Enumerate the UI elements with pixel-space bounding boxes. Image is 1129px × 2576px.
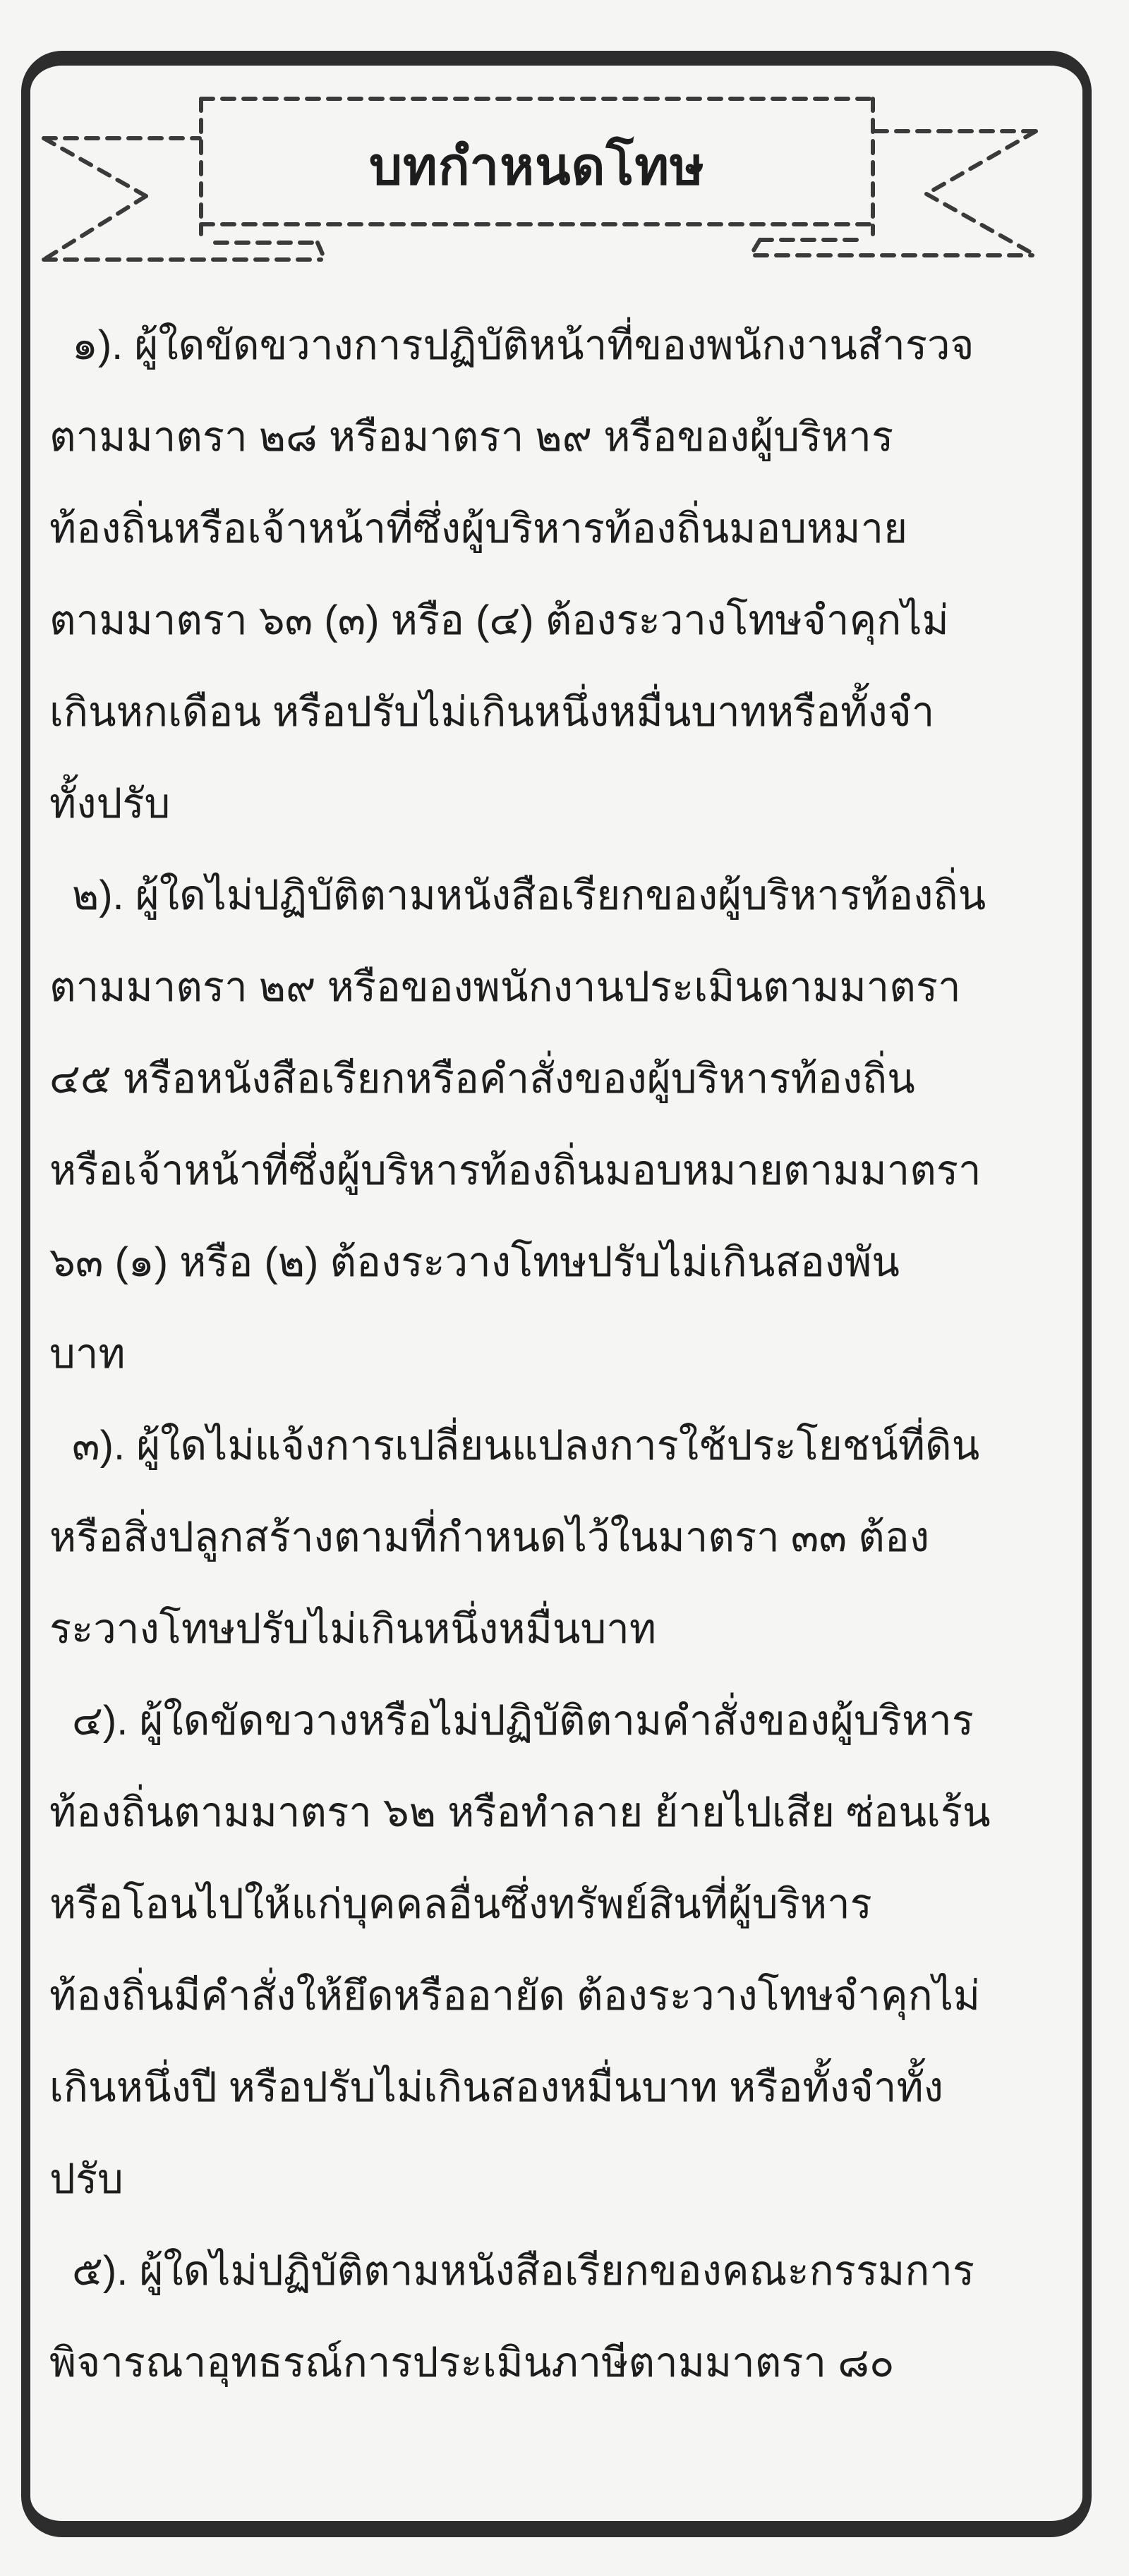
text-line: ตามมาตรา ๒๘ หรือมาตรา ๒๙ หรือของผู้บริหา… — [49, 391, 1065, 483]
text-line: ๒). ผู้ใดไม่ปฏิบัติตามหนังสือเรียกของผู้… — [49, 850, 1065, 942]
text-line: บาท — [49, 1308, 1065, 1400]
text-line: ระวางโทษปรับไม่เกินหนึ่งหมื่นบาท — [49, 1584, 1065, 1675]
text-block: ๑). ผู้ใดขัดขวางการปฏิบัติหน้าที่ของพนัก… — [49, 300, 1065, 2409]
text-line: ๔๕ หรือหนังสือเรียกหรือคำสั่งของผู้บริหา… — [49, 1033, 1065, 1125]
text-line: ตามมาตรา ๖๓ (๓) หรือ (๔) ต้องระวางโทษจำค… — [49, 575, 1065, 667]
text-line: พิจารณาอุทธรณ์การประเมินภาษีตามมาตรา ๘๐ — [49, 2317, 1065, 2409]
text-line: หรือโอนไปให้แก่บุคคลอื่นซึ่งทรัพย์สินที่… — [49, 1859, 1065, 1950]
text-line: ๓). ผู้ใดไม่แจ้งการเปลี่ยนแปลงการใช้ประโ… — [49, 1400, 1065, 1492]
text-line: ท้องถิ่นมีคำสั่งให้ยึดหรืออายัด ต้องระวา… — [49, 1950, 1065, 2042]
text-line: ๔). ผู้ใดขัดขวางหรือไม่ปฏิบัติตามคำสั่งข… — [49, 1675, 1065, 1767]
right-tail-notch-upper — [926, 131, 1036, 194]
right-tail-notch-lower — [926, 194, 1036, 255]
scanned-document-page: บทกำหนดโทษ ๑). ผู้ใดขัดขวางการปฏิบัติหน้… — [0, 0, 1129, 2576]
banner-title: บทกำหนดโทษ — [201, 106, 873, 226]
text-line: หรือสิ่งปลูกสร้างตามที่กำหนดไว้ในมาตรา ๓… — [49, 1492, 1065, 1584]
right-fold-diagonal — [751, 240, 760, 254]
text-line: ทั้งปรับ — [49, 758, 1065, 850]
text-line: ๕). ผู้ใดไม่ปฏิบัติตามหนังสือเรียกของคณะ… — [49, 2225, 1065, 2317]
left-tail-notch-lower — [44, 196, 146, 260]
text-line: เกินหนึ่งปี หรือปรับไม่เกินสองหมื่นบาท ห… — [49, 2042, 1065, 2134]
text-line: หรือเจ้าหน้าที่ซึ่งผู้บริหารท้องถิ่นมอบห… — [49, 1125, 1065, 1217]
text-line: ท้องถิ่นหรือเจ้าหน้าที่ซึ่งผู้บริหารท้อง… — [49, 483, 1065, 575]
left-fold-diagonal — [318, 243, 325, 259]
text-line: ตามมาตรา ๒๙ หรือของพนักงานประเมินตามมาตร… — [49, 942, 1065, 1033]
text-line: ๖๓ (๑) หรือ (๒) ต้องระวางโทษปรับไม่เกินส… — [49, 1217, 1065, 1308]
left-tail-notch-upper — [44, 138, 146, 196]
text-line: เกินหกเดือน หรือปรับไม่เกินหนึ่งหมื่นบาท… — [49, 667, 1065, 758]
text-line: ท้องถิ่นตามมาตรา ๖๒ หรือทำลาย ย้ายไปเสีย… — [49, 1767, 1065, 1859]
text-line: ปรับ — [49, 2134, 1065, 2225]
text-line: ๑). ผู้ใดขัดขวางการปฏิบัติหน้าที่ของพนัก… — [49, 300, 1065, 391]
